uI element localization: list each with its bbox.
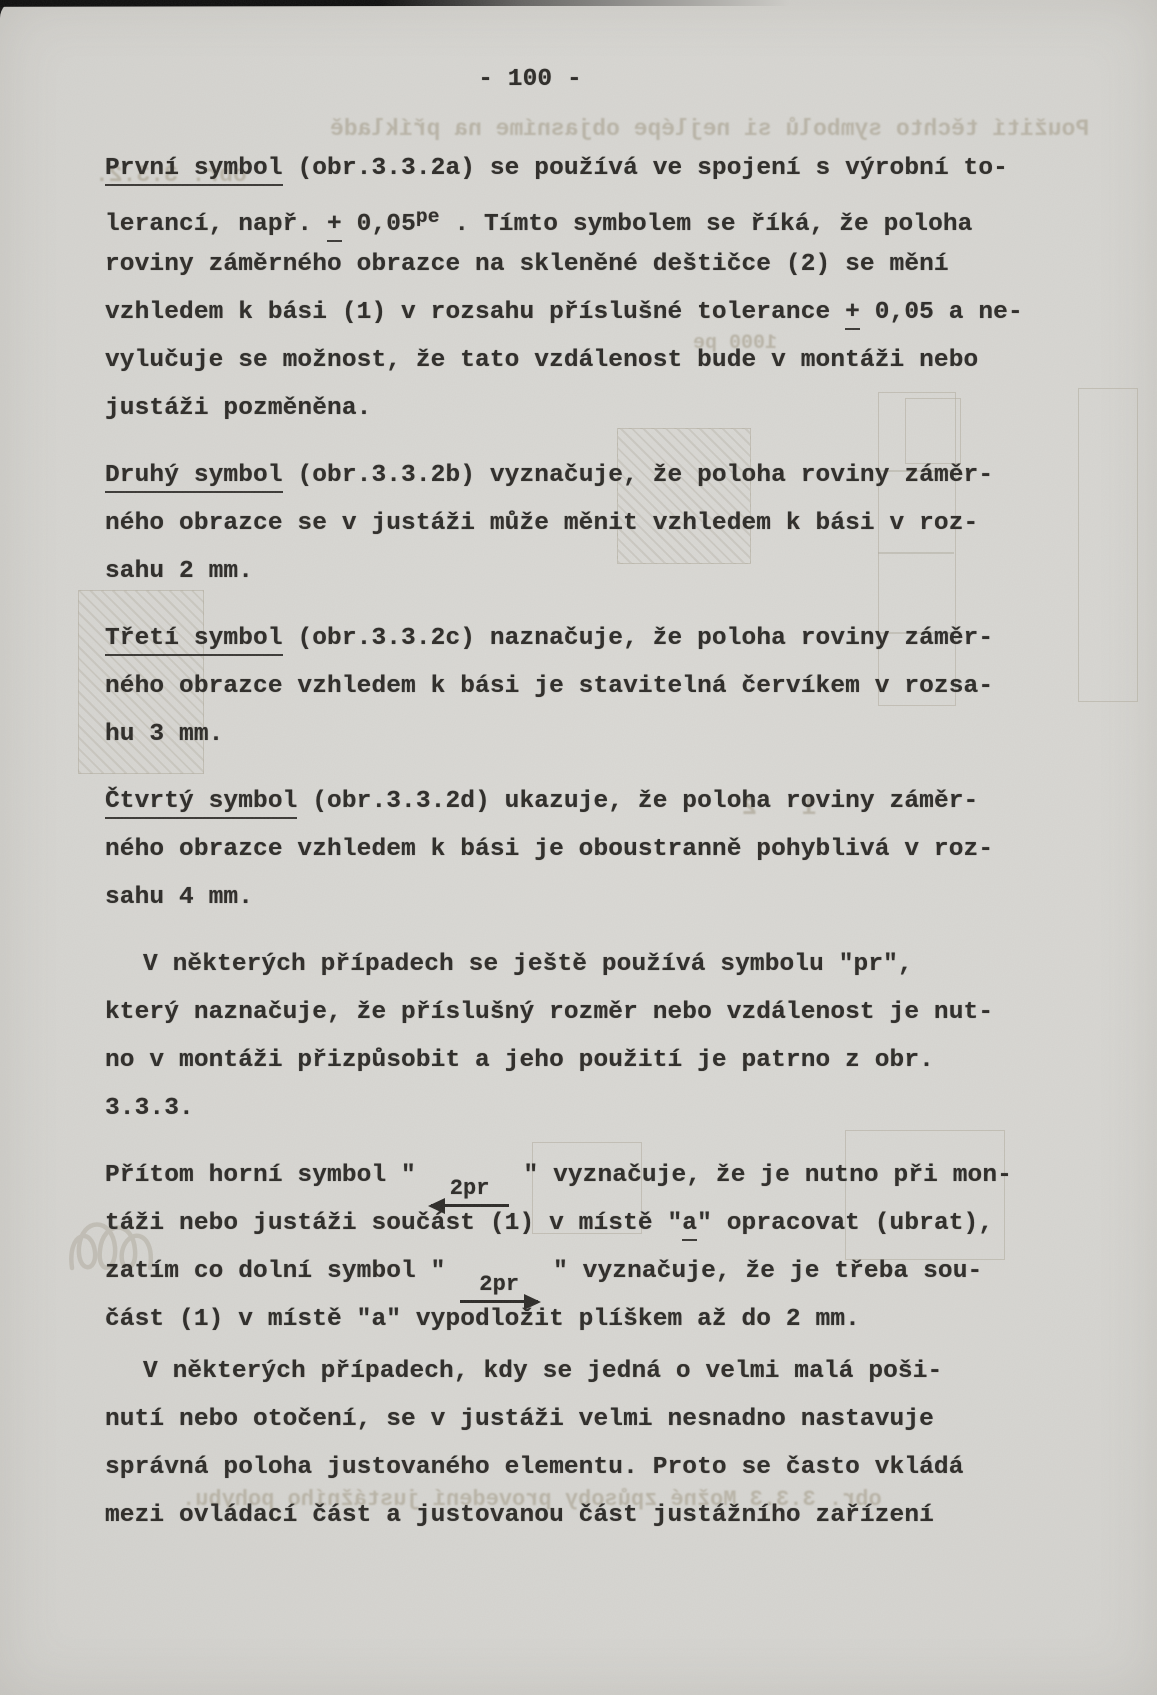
text-segment: a bbox=[682, 1210, 697, 1241]
bleedthrough-caption-top: Použití těchto symbolů si nejlépe objasn… bbox=[330, 116, 1089, 142]
text-segment: První symbol bbox=[105, 155, 283, 186]
paragraph: Přítom horní symbol " 2pr " vyznačuje, ž… bbox=[105, 1152, 1035, 1344]
text-line: Čtvrtý symbol (obr.3.3.2d) ukazuje, že p… bbox=[105, 778, 1035, 826]
text-segment: V některých případech se ještě používá s… bbox=[143, 951, 913, 978]
text-line: Druhý symbol (obr.3.3.2b) vyznačuje, že … bbox=[105, 452, 1035, 500]
text-line: justáži pozměněna. bbox=[105, 385, 1035, 433]
paragraph: Třetí symbol (obr.3.3.2c) naznačuje, že … bbox=[105, 615, 1035, 759]
text-segment: nutí nebo otočení, se v justáži velmi ne… bbox=[105, 1406, 934, 1433]
text-line: Třetí symbol (obr.3.3.2c) naznačuje, že … bbox=[105, 615, 1035, 663]
text-segment: vylučuje se možnost, že tato vzdálenost … bbox=[105, 347, 978, 374]
text-segment: + bbox=[327, 211, 342, 242]
scanned-page: Použití těchto symbolů si nejlépe objasn… bbox=[0, 0, 1157, 1695]
text-segment: mezi ovládací část a justovanou část jus… bbox=[105, 1502, 934, 1529]
text-segment: zatím co dolní symbol " bbox=[105, 1258, 460, 1285]
arrow-left-icon bbox=[431, 1204, 509, 1207]
text-segment: ného obrazce se v justáži může měnit vzh… bbox=[105, 510, 978, 537]
text-line: část (1) v místě "a" vypodložit plíškem … bbox=[105, 1296, 1035, 1344]
scan-shadow-top-thin bbox=[0, 5, 420, 7]
text-line: no v montáži přizpůsobit a jeho použití … bbox=[105, 1037, 1035, 1085]
text-line: V některých případech, kdy se jedná o ve… bbox=[105, 1348, 1035, 1396]
text-segment: táži nebo justáži součást (1) v místě " bbox=[105, 1210, 682, 1237]
text-segment: ného obrazce vzhledem k bási je stavitel… bbox=[105, 673, 993, 700]
text-segment: sahu 4 mm. bbox=[105, 884, 253, 911]
text-segment: (obr.3.3.2b) vyznačuje, že poloha roviny… bbox=[283, 462, 994, 489]
text-segment: který naznačuje, že příslušný rozměr neb… bbox=[105, 999, 993, 1026]
text-line: 3.3.3. bbox=[105, 1085, 1035, 1133]
text-segment: Třetí symbol bbox=[105, 625, 283, 656]
text-segment: ného obrazce vzhledem k bási je oboustra… bbox=[105, 836, 993, 863]
text-line: roviny záměrného obrazce na skleněné deš… bbox=[105, 241, 1035, 289]
text-segment: pe bbox=[416, 206, 440, 228]
paragraph: V některých případech, kdy se jedná o ve… bbox=[105, 1348, 1035, 1540]
text-segment: správná poloha justovaného elementu. Pro… bbox=[105, 1454, 964, 1481]
text-segment: Druhý symbol bbox=[105, 462, 283, 493]
text-segment: justáži pozměněna. bbox=[105, 395, 371, 422]
arrow-right-icon bbox=[460, 1300, 538, 1303]
text-segment: 3.3.3. bbox=[105, 1095, 194, 1122]
text-segment: hu 3 mm. bbox=[105, 721, 223, 748]
text-line: hu 3 mm. bbox=[105, 711, 1035, 759]
text-segment: lerancí, např. bbox=[105, 211, 327, 238]
text-segment: (obr.3.3.2a) se používá ve spojení s výr… bbox=[283, 155, 1008, 182]
text-line: ného obrazce vzhledem k bási je oboustra… bbox=[105, 826, 1035, 874]
text-line: ného obrazce se v justáži může měnit vzh… bbox=[105, 500, 1035, 548]
text-segment: sahu 2 mm. bbox=[105, 558, 253, 585]
paragraph: Čtvrtý symbol (obr.3.3.2d) ukazuje, že p… bbox=[105, 778, 1035, 922]
text-line: mezi ovládací část a justovanou část jus… bbox=[105, 1492, 1035, 1540]
text-line: vzhledem k bási (1) v rozsahu příslušné … bbox=[105, 289, 1035, 337]
text-segment: Čtvrtý symbol bbox=[105, 788, 297, 819]
text-line: sahu 2 mm. bbox=[105, 548, 1035, 596]
text-segment: vzhledem k bási (1) v rozsahu příslušné … bbox=[105, 299, 845, 326]
text-line: správná poloha justovaného elementu. Pro… bbox=[105, 1444, 1035, 1492]
paragraph: První symbol (obr.3.3.2a) se používá ve … bbox=[105, 145, 1035, 433]
text-line: Přítom horní symbol " 2pr " vyznačuje, ž… bbox=[105, 1152, 1035, 1200]
text-line: V některých případech se ještě používá s… bbox=[105, 941, 1035, 989]
text-line: který naznačuje, že příslušný rozměr neb… bbox=[105, 989, 1035, 1037]
paragraph: Druhý symbol (obr.3.3.2b) vyznačuje, že … bbox=[105, 452, 1035, 596]
text-segment: V některých případech, kdy se jedná o ve… bbox=[143, 1358, 942, 1385]
text-segment: 0,05 bbox=[342, 211, 416, 238]
text-line: sahu 4 mm. bbox=[105, 874, 1035, 922]
paragraph: V některých případech se ještě používá s… bbox=[105, 941, 1035, 1133]
text-line: ného obrazce vzhledem k bási je stavitel… bbox=[105, 663, 1035, 711]
text-segment: 0,05 a ne- bbox=[860, 299, 1023, 326]
text-segment: Přítom horní symbol " bbox=[105, 1162, 431, 1189]
text-line: vylučuje se možnost, že tato vzdálenost … bbox=[105, 337, 1035, 385]
text-line: lerancí, např. + 0,05pe . Tímto symbolem… bbox=[105, 193, 1035, 241]
text-line: První symbol (obr.3.3.2a) se používá ve … bbox=[105, 145, 1035, 193]
text-line: zatím co dolní symbol " 2pr " vyznačuje,… bbox=[105, 1248, 1035, 1296]
text-segment: + bbox=[845, 299, 860, 330]
text-segment: " vyznačuje, že je nutno při mon- bbox=[509, 1162, 1012, 1189]
text-line: nutí nebo otočení, se v justáži velmi ne… bbox=[105, 1396, 1035, 1444]
text-segment: no v montáži přizpůsobit a jeho použití … bbox=[105, 1047, 934, 1074]
text-segment: (obr.3.3.2c) naznačuje, že poloha roviny… bbox=[283, 625, 994, 652]
text-block: První symbol (obr.3.3.2a) se používá ve … bbox=[105, 145, 1035, 1540]
paper-sheet: Použití těchto symbolů si nejlépe objasn… bbox=[0, 0, 1157, 1695]
text-segment: část (1) v místě "a" vypodložit plíškem … bbox=[105, 1306, 860, 1333]
text-segment: . Tímto symbolem se říká, že poloha bbox=[440, 211, 973, 238]
text-segment: " opracovat (ubrat), bbox=[697, 1210, 993, 1237]
text-segment: " vyznačuje, že je třeba sou- bbox=[538, 1258, 982, 1285]
bleedthrough-shape bbox=[1078, 388, 1138, 702]
page-number: - 100 - bbox=[0, 66, 1060, 93]
text-segment: (obr.3.3.2d) ukazuje, že poloha roviny z… bbox=[297, 788, 978, 815]
text-line: táži nebo justáži součást (1) v místě "a… bbox=[105, 1200, 1035, 1248]
text-segment: roviny záměrného obrazce na skleněné deš… bbox=[105, 251, 949, 278]
